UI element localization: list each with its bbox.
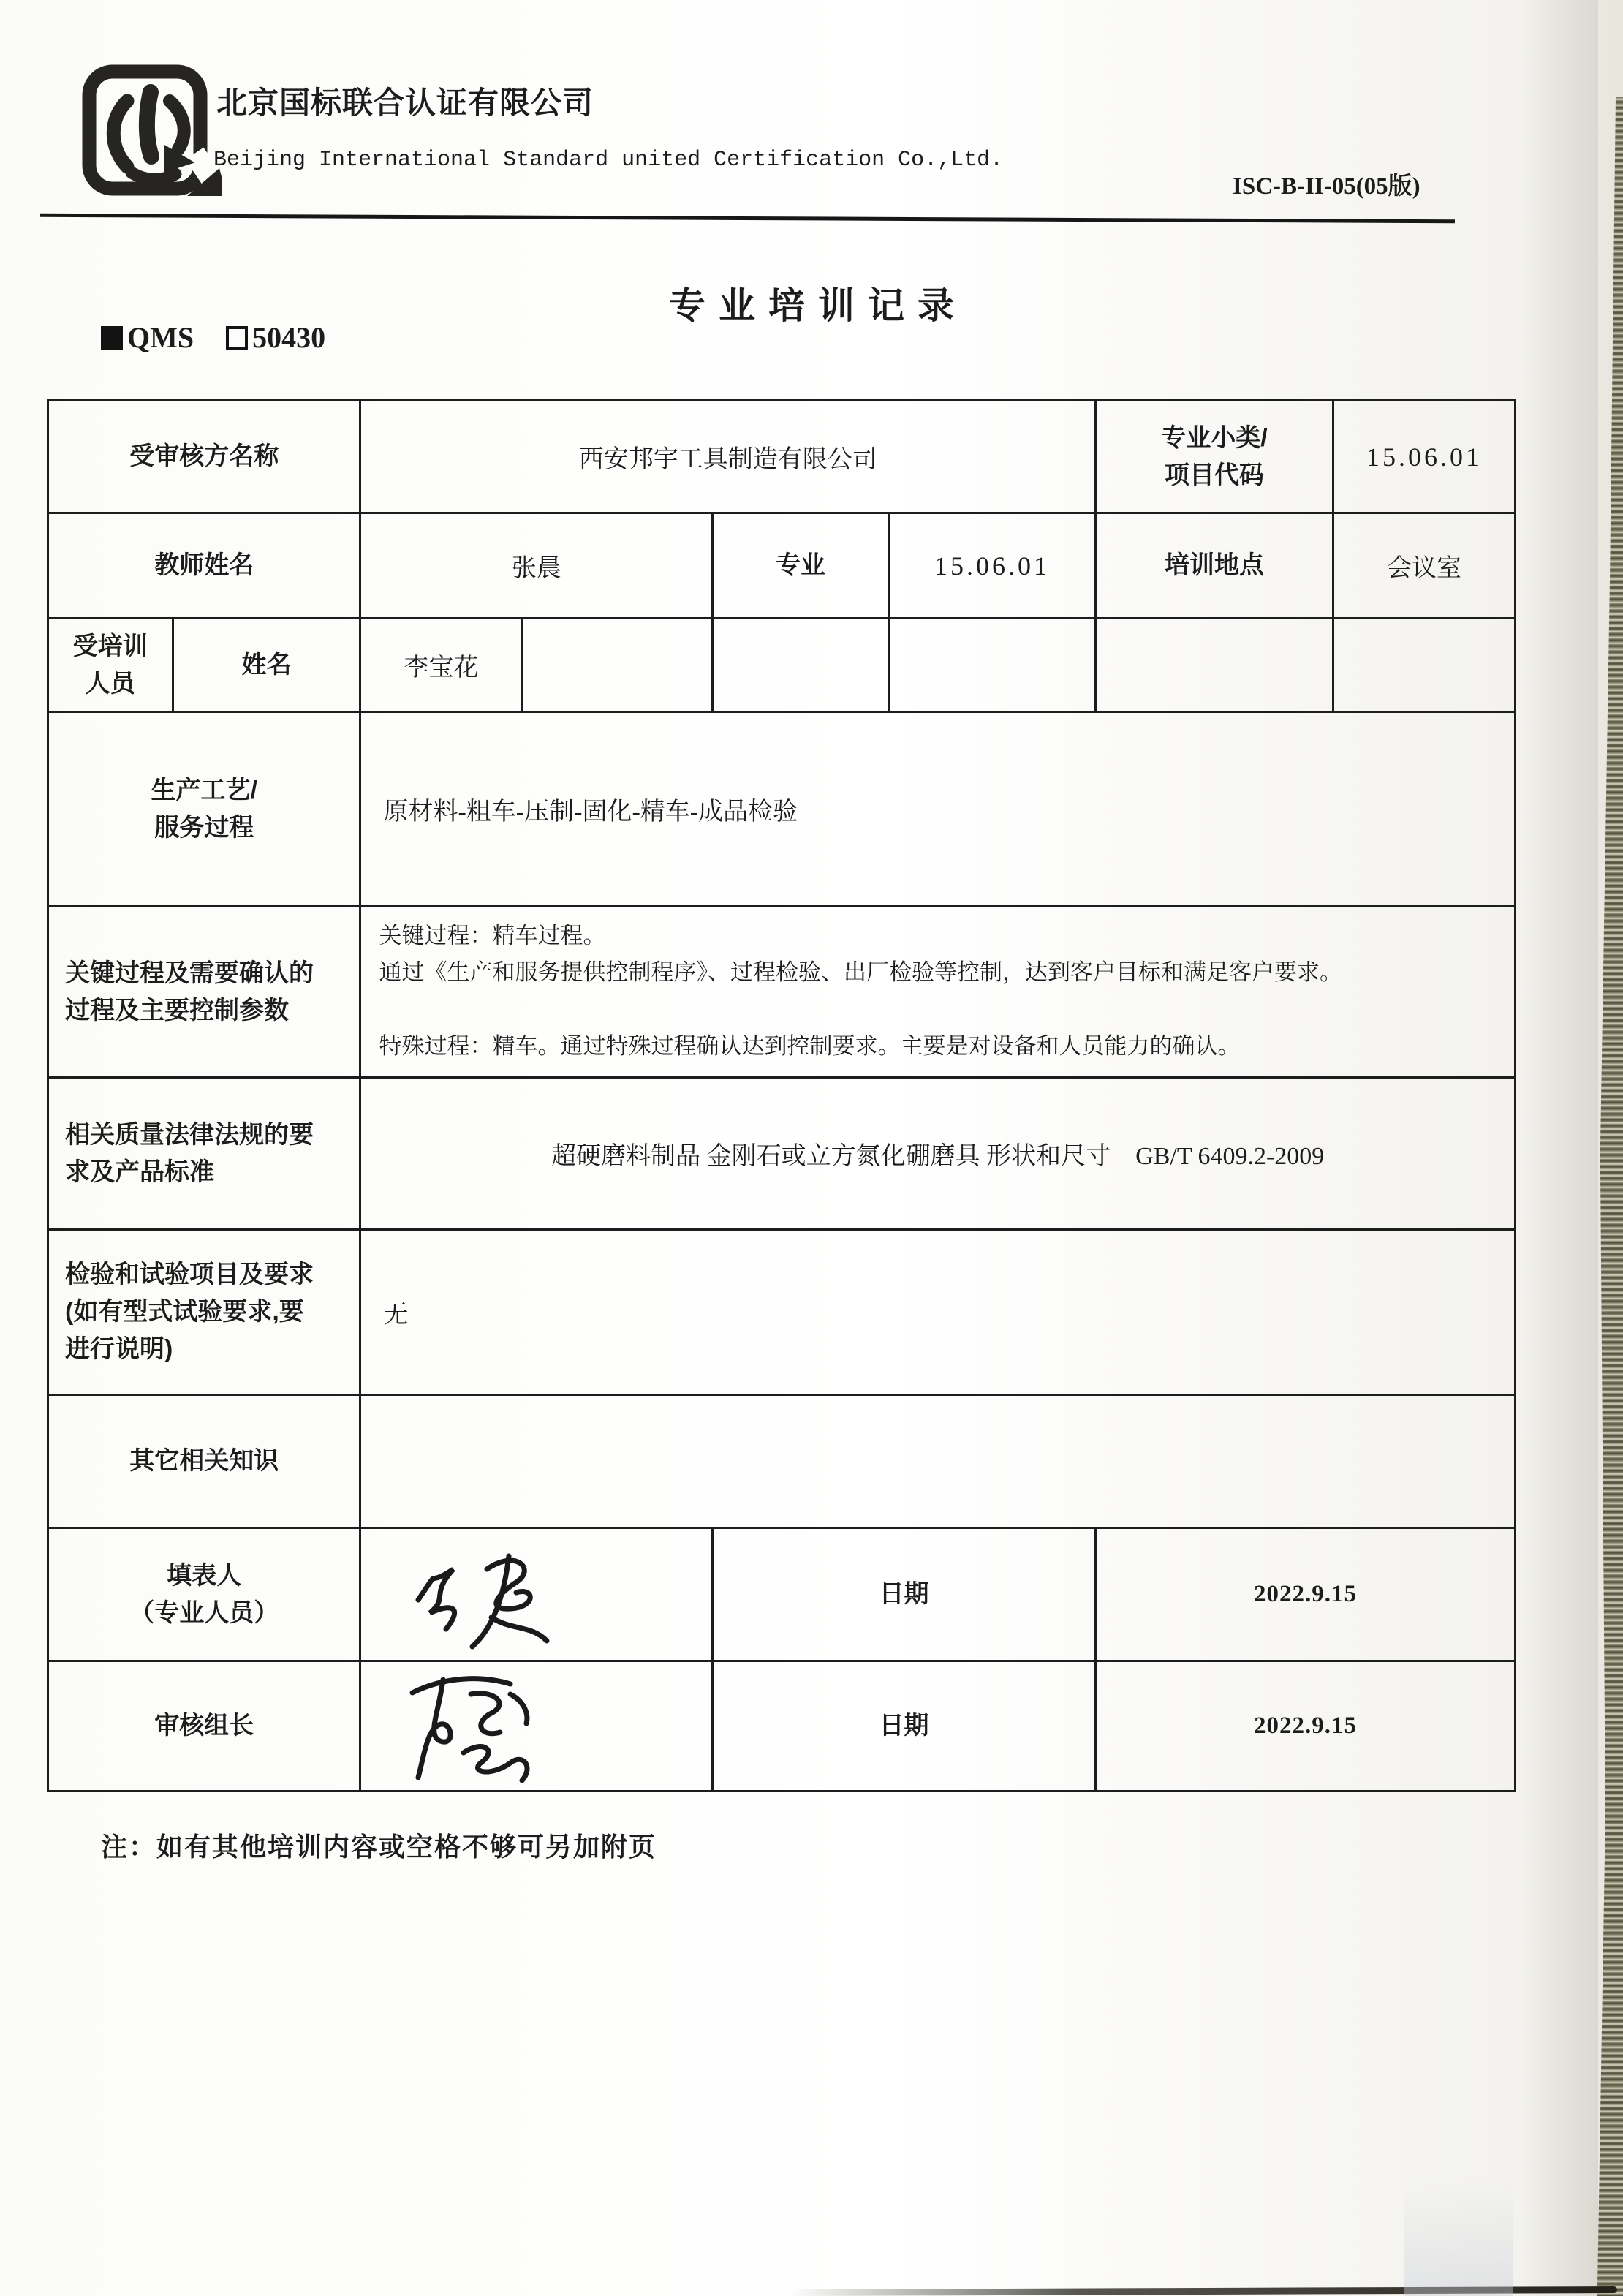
auditor-label: 审核组长 [48, 1661, 360, 1791]
form-code: ISC-B-II-05(05版) [1233, 167, 1420, 201]
filler-date-value: 2022.9.15 [1095, 1528, 1515, 1661]
location-value: 会议室 [1333, 513, 1516, 619]
trainee-empty-cell [1095, 619, 1333, 712]
row-teacher: 教师姓名 张晨 专业 15.06.01 培训地点 会议室 [48, 513, 1516, 619]
page-edge-shade [1518, 0, 1598, 2296]
scheme-checkboxes: QMS 50430 [101, 320, 325, 355]
category-label: 专业小类/ 项目代码 [1095, 401, 1333, 513]
50430-checkbox-label: 50430 [252, 320, 325, 355]
footer-note: 注：如有其他培训内容或空格不够可另加附页 [101, 1827, 657, 1864]
auditee-label: 受审核方名称 [48, 401, 360, 513]
row-auditor: 审核组长 日期 2022.9.15 [48, 1661, 1516, 1791]
row-inspection: 检验和试验项目及要求 (如有型式试验要求,要 进行说明) 无 [48, 1230, 1516, 1395]
process-label: 生产工艺/ 服务过程 [48, 712, 360, 907]
trainee-empty-cell [888, 619, 1095, 712]
filler-date-label: 日期 [713, 1528, 1096, 1661]
50430-checkbox: 50430 [226, 320, 325, 355]
training-record-table: 受审核方名称 西安邦宇工具制造有限公司 专业小类/ 项目代码 15.06.01 … [47, 399, 1516, 1792]
category-value: 15.06.01 [1333, 401, 1516, 513]
key-process-label: 关键过程及需要确认的 过程及主要控制参数 [48, 907, 360, 1078]
company-name-cn: 北京国标联合认证有限公司 [216, 79, 594, 123]
trainee-empty-cell [522, 619, 713, 712]
bottom-corner-shade [1404, 2179, 1513, 2296]
company-logo-icon [76, 64, 222, 196]
auditee-value: 西安邦宇工具制造有限公司 [360, 401, 1095, 513]
auditor-signature [360, 1661, 713, 1791]
trainee-label: 受培训 人员 [48, 619, 173, 712]
header-divider [40, 214, 1455, 223]
company-name-en: Beijing International Standard united Ce… [213, 148, 1003, 173]
regulation-value: 超硬磨料制品 金刚石或立方氮化硼磨具 形状和尺寸 GB/T 6409.2-200… [360, 1078, 1516, 1230]
trainee-empty-cell [1333, 619, 1516, 712]
row-regulation: 相关质量法律法规的要 求及产品标准 超硬磨料制品 金刚石或立方氮化硼磨具 形状和… [48, 1078, 1516, 1230]
process-value: 原材料-粗车-压制-固化-精车-成品检验 [360, 712, 1516, 907]
major-label: 专业 [713, 513, 889, 619]
auditor-date-value: 2022.9.15 [1095, 1661, 1515, 1791]
inspection-value: 无 [360, 1230, 1516, 1395]
other-knowledge-label: 其它相关知识 [48, 1395, 360, 1528]
teacher-label: 教师姓名 [48, 513, 360, 619]
qms-checkbox: QMS [101, 320, 194, 355]
filler-signature [360, 1528, 713, 1661]
other-knowledge-value [360, 1395, 1516, 1528]
row-other-knowledge: 其它相关知识 [48, 1395, 1516, 1528]
location-label: 培训地点 [1095, 513, 1333, 619]
qms-checkbox-label: QMS [127, 320, 194, 355]
row-process: 生产工艺/ 服务过程 原材料-粗车-压制-固化-精车-成品检验 [48, 712, 1516, 907]
row-trainee: 受培训 人员 姓名 李宝花 [48, 619, 1516, 712]
trainee-name-value: 李宝花 [360, 619, 522, 712]
inspection-label: 检验和试验项目及要求 (如有型式试验要求,要 进行说明) [48, 1230, 360, 1395]
book-pages-edge [1594, 97, 1623, 2296]
key-process-value: 关键过程：精车过程。 通过《生产和服务提供控制程序》、过程检验、出厂检验等控制，… [360, 907, 1516, 1078]
trainee-name-label: 姓名 [173, 619, 360, 712]
qms-checkbox-box-icon [101, 326, 123, 350]
row-key-process: 关键过程及需要确认的 过程及主要控制参数 关键过程：精车过程。 通过《生产和服务… [48, 907, 1516, 1078]
row-filler: 填表人 （专业人员） 日期 2022.9.15 [48, 1528, 1516, 1661]
filler-label: 填表人 （专业人员） [48, 1528, 360, 1661]
regulation-label: 相关质量法律法规的要 求及产品标准 [48, 1078, 360, 1230]
teacher-value: 张晨 [360, 513, 713, 619]
row-auditee: 受审核方名称 西安邦宇工具制造有限公司 专业小类/ 项目代码 15.06.01 [48, 401, 1516, 513]
major-value: 15.06.01 [888, 513, 1095, 619]
auditor-date-label: 日期 [713, 1661, 1096, 1791]
50430-checkbox-box-icon [226, 326, 248, 350]
trainee-empty-cell [713, 619, 889, 712]
